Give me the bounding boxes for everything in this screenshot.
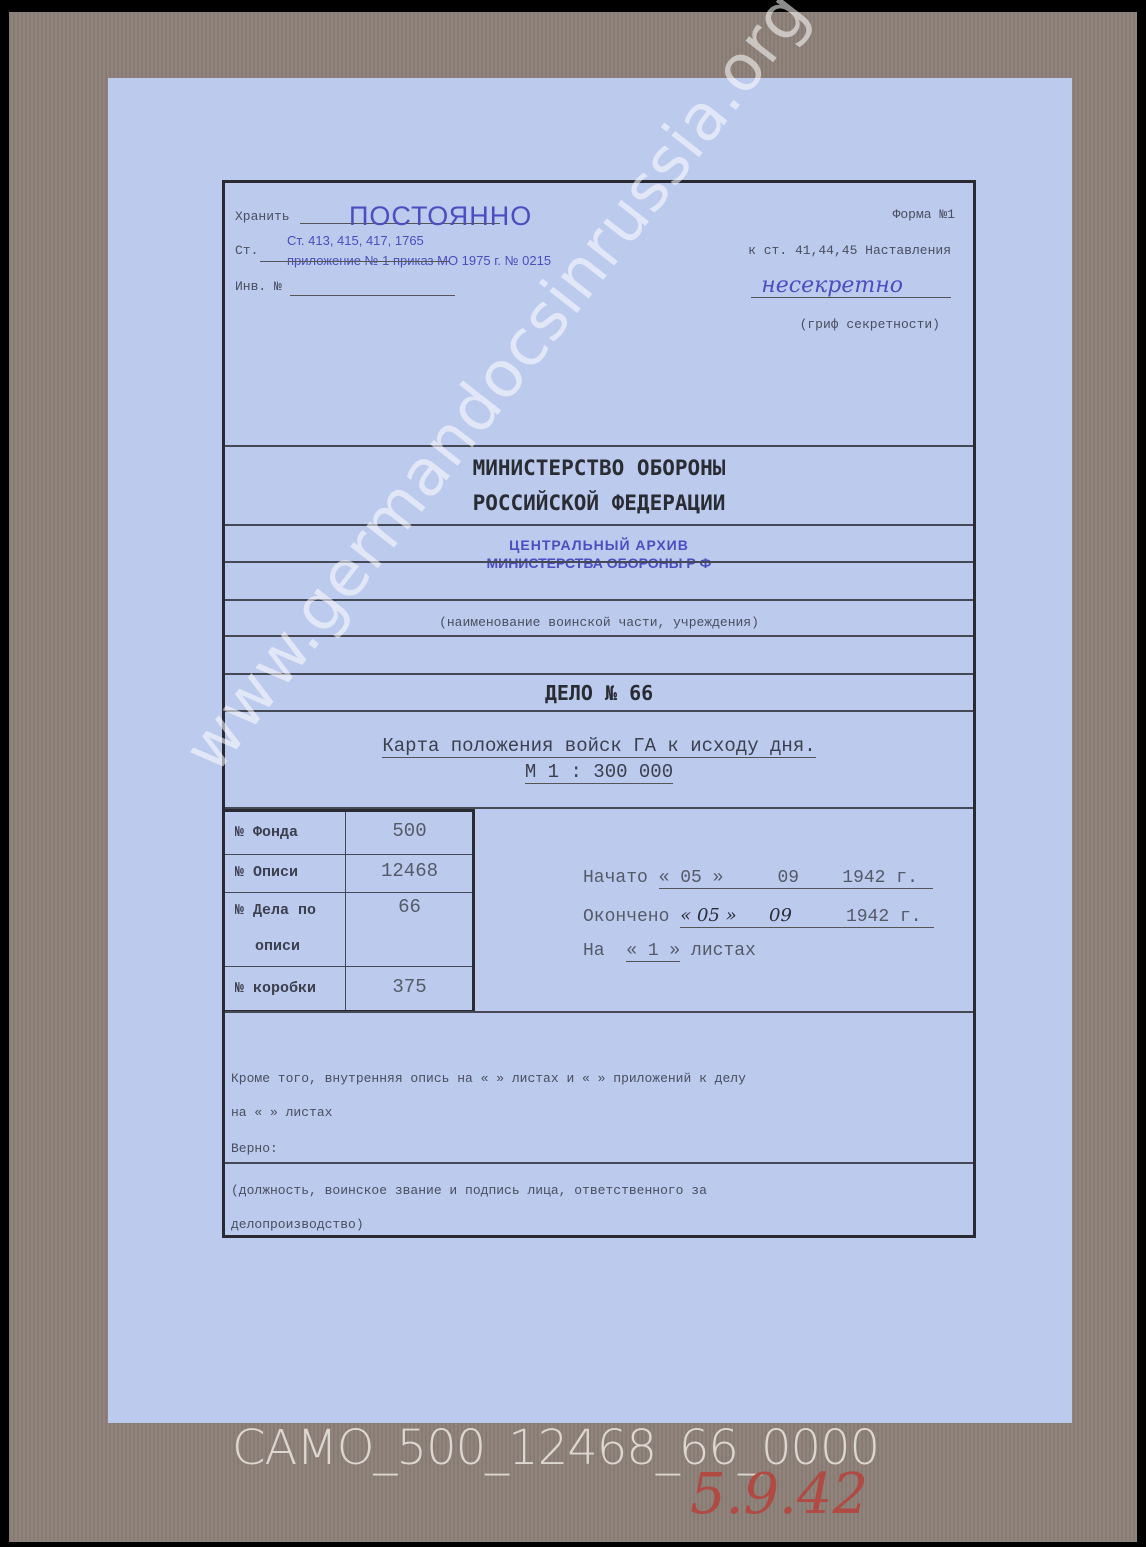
registry-label: № Описи (235, 864, 298, 881)
registry-value: 66 (347, 896, 472, 918)
secrecy-caption: (гриф секретности) (800, 317, 940, 332)
started-date: « 05 » 09 1942 г. (659, 868, 933, 889)
additional-line1: Кроме того, внутренняя опись на « » лист… (231, 1071, 746, 1086)
started-row: Начато « 05 » 09 1942 г. (583, 868, 933, 889)
inv-underline (290, 295, 455, 296)
ended-month: 09 (769, 905, 792, 926)
registry-label-cont: описи (255, 938, 300, 955)
table-row: № Фонда 500 (225, 812, 472, 855)
keep-label: Хранить (235, 209, 290, 224)
ministry-line2: РОССИЙСКОЙ ФЕДЕРАЦИИ (225, 491, 973, 515)
ended-year: 1942 г. (846, 907, 922, 927)
ended-date: « 05 » 09 1942 г. (680, 905, 934, 928)
ended-day: « 05 » (680, 905, 736, 926)
registry-label: № коробки (235, 980, 316, 997)
case-desc-line2: М 1 : 300 000 (525, 761, 673, 784)
secrecy-underline (751, 297, 951, 298)
responsible-line1: (должность, воинское звание и подпись ли… (231, 1183, 707, 1198)
registry-table: № Фонда 500 № Описи 12468 № Дела по опис… (225, 809, 475, 1013)
to-articles: к ст. 41,44,45 Наставления (748, 243, 951, 258)
secrecy-handwritten: несекретно (761, 273, 903, 298)
divider (225, 445, 973, 447)
ended-label: Окончено (583, 907, 669, 927)
table-row: № Дела по описи 66 (225, 892, 472, 967)
table-row: № коробки 375 (225, 966, 472, 1010)
started-day: « 05 » (659, 868, 724, 888)
sheets-suffix: листах (691, 941, 756, 961)
additional-line2: на « » листах (231, 1105, 332, 1120)
verified-label: Верно: (231, 1141, 278, 1156)
case-description: Карта положения войск ГА к исходу дня. (225, 735, 973, 758)
started-label: Начато (583, 868, 648, 888)
ministry-line1: МИНИСТЕРСТВО ОБОРОНЫ (225, 456, 973, 480)
started-month: 09 (777, 868, 799, 888)
divider (225, 1011, 973, 1013)
table-row: № Описи 12468 (225, 854, 472, 893)
responsible-line2: делопроизводство) (231, 1217, 364, 1232)
divider (225, 710, 973, 712)
registry-label: № Дела по (235, 902, 316, 919)
sheets-row: На « 1 » листах (583, 941, 756, 962)
sheets-prefix: На (583, 941, 605, 961)
inv-label: Инв. № (235, 279, 282, 294)
case-scale: М 1 : 300 000 (225, 761, 973, 784)
divider (225, 673, 973, 675)
divider (225, 1162, 973, 1164)
article-stamp-line1: Ст. 413, 415, 417, 1765 (287, 233, 424, 248)
keep-stamp: ПОСТОЯННО (349, 201, 532, 232)
registry-value: 500 (347, 820, 472, 842)
registry-value: 12468 (347, 860, 472, 882)
article-underline (260, 261, 450, 262)
article-label: Ст. (235, 243, 258, 258)
case-title: ДЕЛО № 66 (225, 681, 973, 705)
started-year: 1942 г. (842, 868, 918, 888)
red-pencil-date: 5.9.42 (690, 1462, 868, 1527)
form-number: Форма №1 (893, 207, 955, 222)
ended-row: Окончено « 05 » 09 1942 г. (583, 905, 934, 928)
registry-value: 375 (347, 976, 472, 998)
case-cover-form: Хранить ПОСТОЯННО Ст. Ст. 413, 415, 417,… (222, 180, 976, 1238)
sheets-count: « 1 » (626, 941, 680, 962)
case-desc-line1: Карта положения войск ГА к исходу дня. (382, 735, 815, 758)
registry-label: № Фонда (235, 824, 298, 841)
